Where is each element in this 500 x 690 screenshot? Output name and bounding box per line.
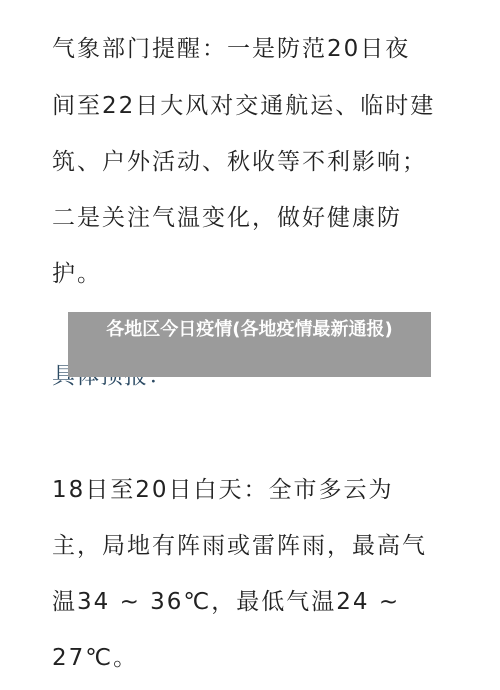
paragraph-line: 筑、户外活动、秋收等不利影响； (52, 148, 427, 176)
paragraph-line: 温34 ~ 36℃，最低气温24 ~ (52, 588, 400, 616)
overlay-title: 各地区今日疫情(各地疫情最新通报) (106, 319, 392, 340)
paragraph-line: 间至22日大风对交通航运、临时建 (52, 92, 435, 120)
title-overlay-banner: 各地区今日疫情(各地疫情最新通报) (68, 312, 431, 377)
paragraph-line: 气象部门提醒：一是防范20日夜 (52, 35, 410, 63)
paragraph-line: 27℃。 (52, 644, 138, 672)
paragraph-line: 主，局地有阵雨或雷阵雨，最高气 (52, 532, 427, 560)
paragraph-line: 18日至20日白天：全市多云为 (52, 476, 394, 504)
paragraph-line: 护。 (52, 260, 102, 288)
paragraph-line: 二是关注气温变化，做好健康防 (52, 204, 402, 232)
